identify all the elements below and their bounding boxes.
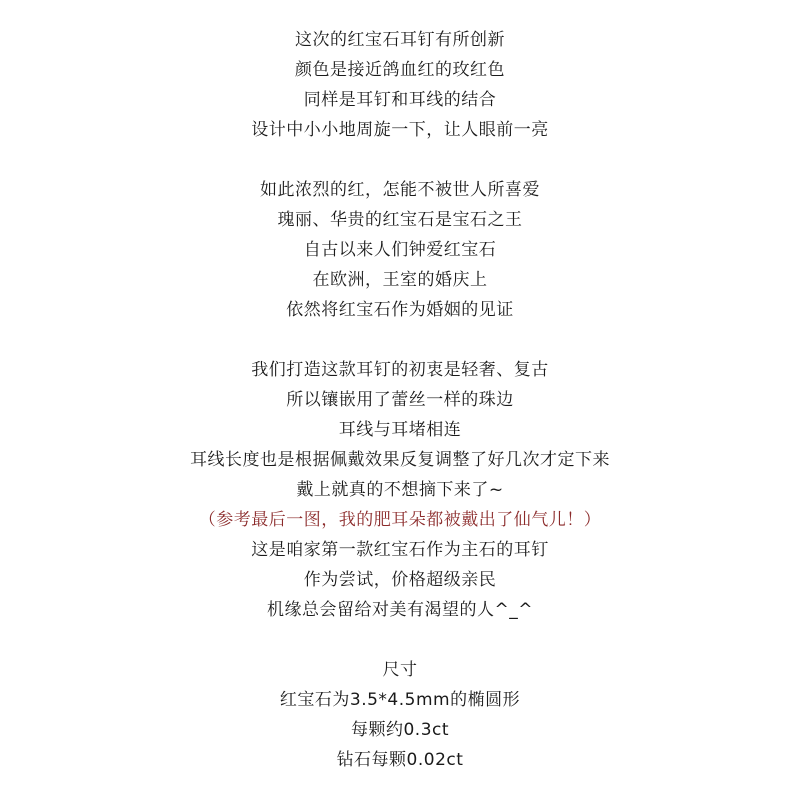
text-line: 我们打造这款耳钉的初衷是轻奢、复古	[0, 355, 800, 385]
paragraph-spacer	[0, 625, 800, 655]
specs-heading: 尺寸	[0, 655, 800, 685]
text-line: 所以镶嵌用了蕾丝一样的珠边	[0, 385, 800, 415]
paragraph-spacer	[0, 325, 800, 355]
highlight-note: （参考最后一图，我的肥耳朵都被戴出了仙气儿！）	[0, 505, 800, 535]
text-line: 在欧洲，王室的婚庆上	[0, 265, 800, 295]
paragraph-spacer	[0, 145, 800, 175]
spec-line: 每颗约0.3ct	[0, 715, 800, 745]
text-line: 自古以来人们钟爱红宝石	[0, 235, 800, 265]
text-line: 作为尝试，价格超级亲民	[0, 565, 800, 595]
text-line: 设计中小小地周旋一下，让人眼前一亮	[0, 115, 800, 145]
spec-line: 钻石每颗0.02ct	[0, 745, 800, 775]
paragraph-history: 如此浓烈的红，怎能不被世人所喜爱 瑰丽、华贵的红宝石是宝石之王 自古以来人们钟爱…	[0, 175, 800, 325]
text-line: 耳线与耳堵相连	[0, 415, 800, 445]
text-line: 这次的红宝石耳钉有所创新	[0, 25, 800, 55]
paragraph-specs: 尺寸 红宝石为3.5*4.5mm的椭圆形 每颗约0.3ct 钻石每颗0.02ct	[0, 655, 800, 775]
product-description: 这次的红宝石耳钉有所创新 颜色是接近鸽血红的玫红色 同样是耳钉和耳线的结合 设计…	[0, 25, 800, 775]
text-line: 耳线长度也是根据佩戴效果反复调整了好几次才定下来	[0, 445, 800, 475]
text-line: 机缘总会留给对美有渴望的人^_^	[0, 595, 800, 625]
text-line: 颜色是接近鸽血红的玫红色	[0, 55, 800, 85]
text-line: 如此浓烈的红，怎能不被世人所喜爱	[0, 175, 800, 205]
spec-line: 红宝石为3.5*4.5mm的椭圆形	[0, 685, 800, 715]
text-line: 同样是耳钉和耳线的结合	[0, 85, 800, 115]
text-line: 戴上就真的不想摘下来了~	[0, 475, 800, 505]
text-line: 瑰丽、华贵的红宝石是宝石之王	[0, 205, 800, 235]
paragraph-intro: 这次的红宝石耳钉有所创新 颜色是接近鸽血红的玫红色 同样是耳钉和耳线的结合 设计…	[0, 25, 800, 145]
text-line: 依然将红宝石作为婚姻的见证	[0, 295, 800, 325]
paragraph-design: 我们打造这款耳钉的初衷是轻奢、复古 所以镶嵌用了蕾丝一样的珠边 耳线与耳堵相连 …	[0, 355, 800, 625]
text-line: 这是咱家第一款红宝石作为主石的耳钉	[0, 535, 800, 565]
